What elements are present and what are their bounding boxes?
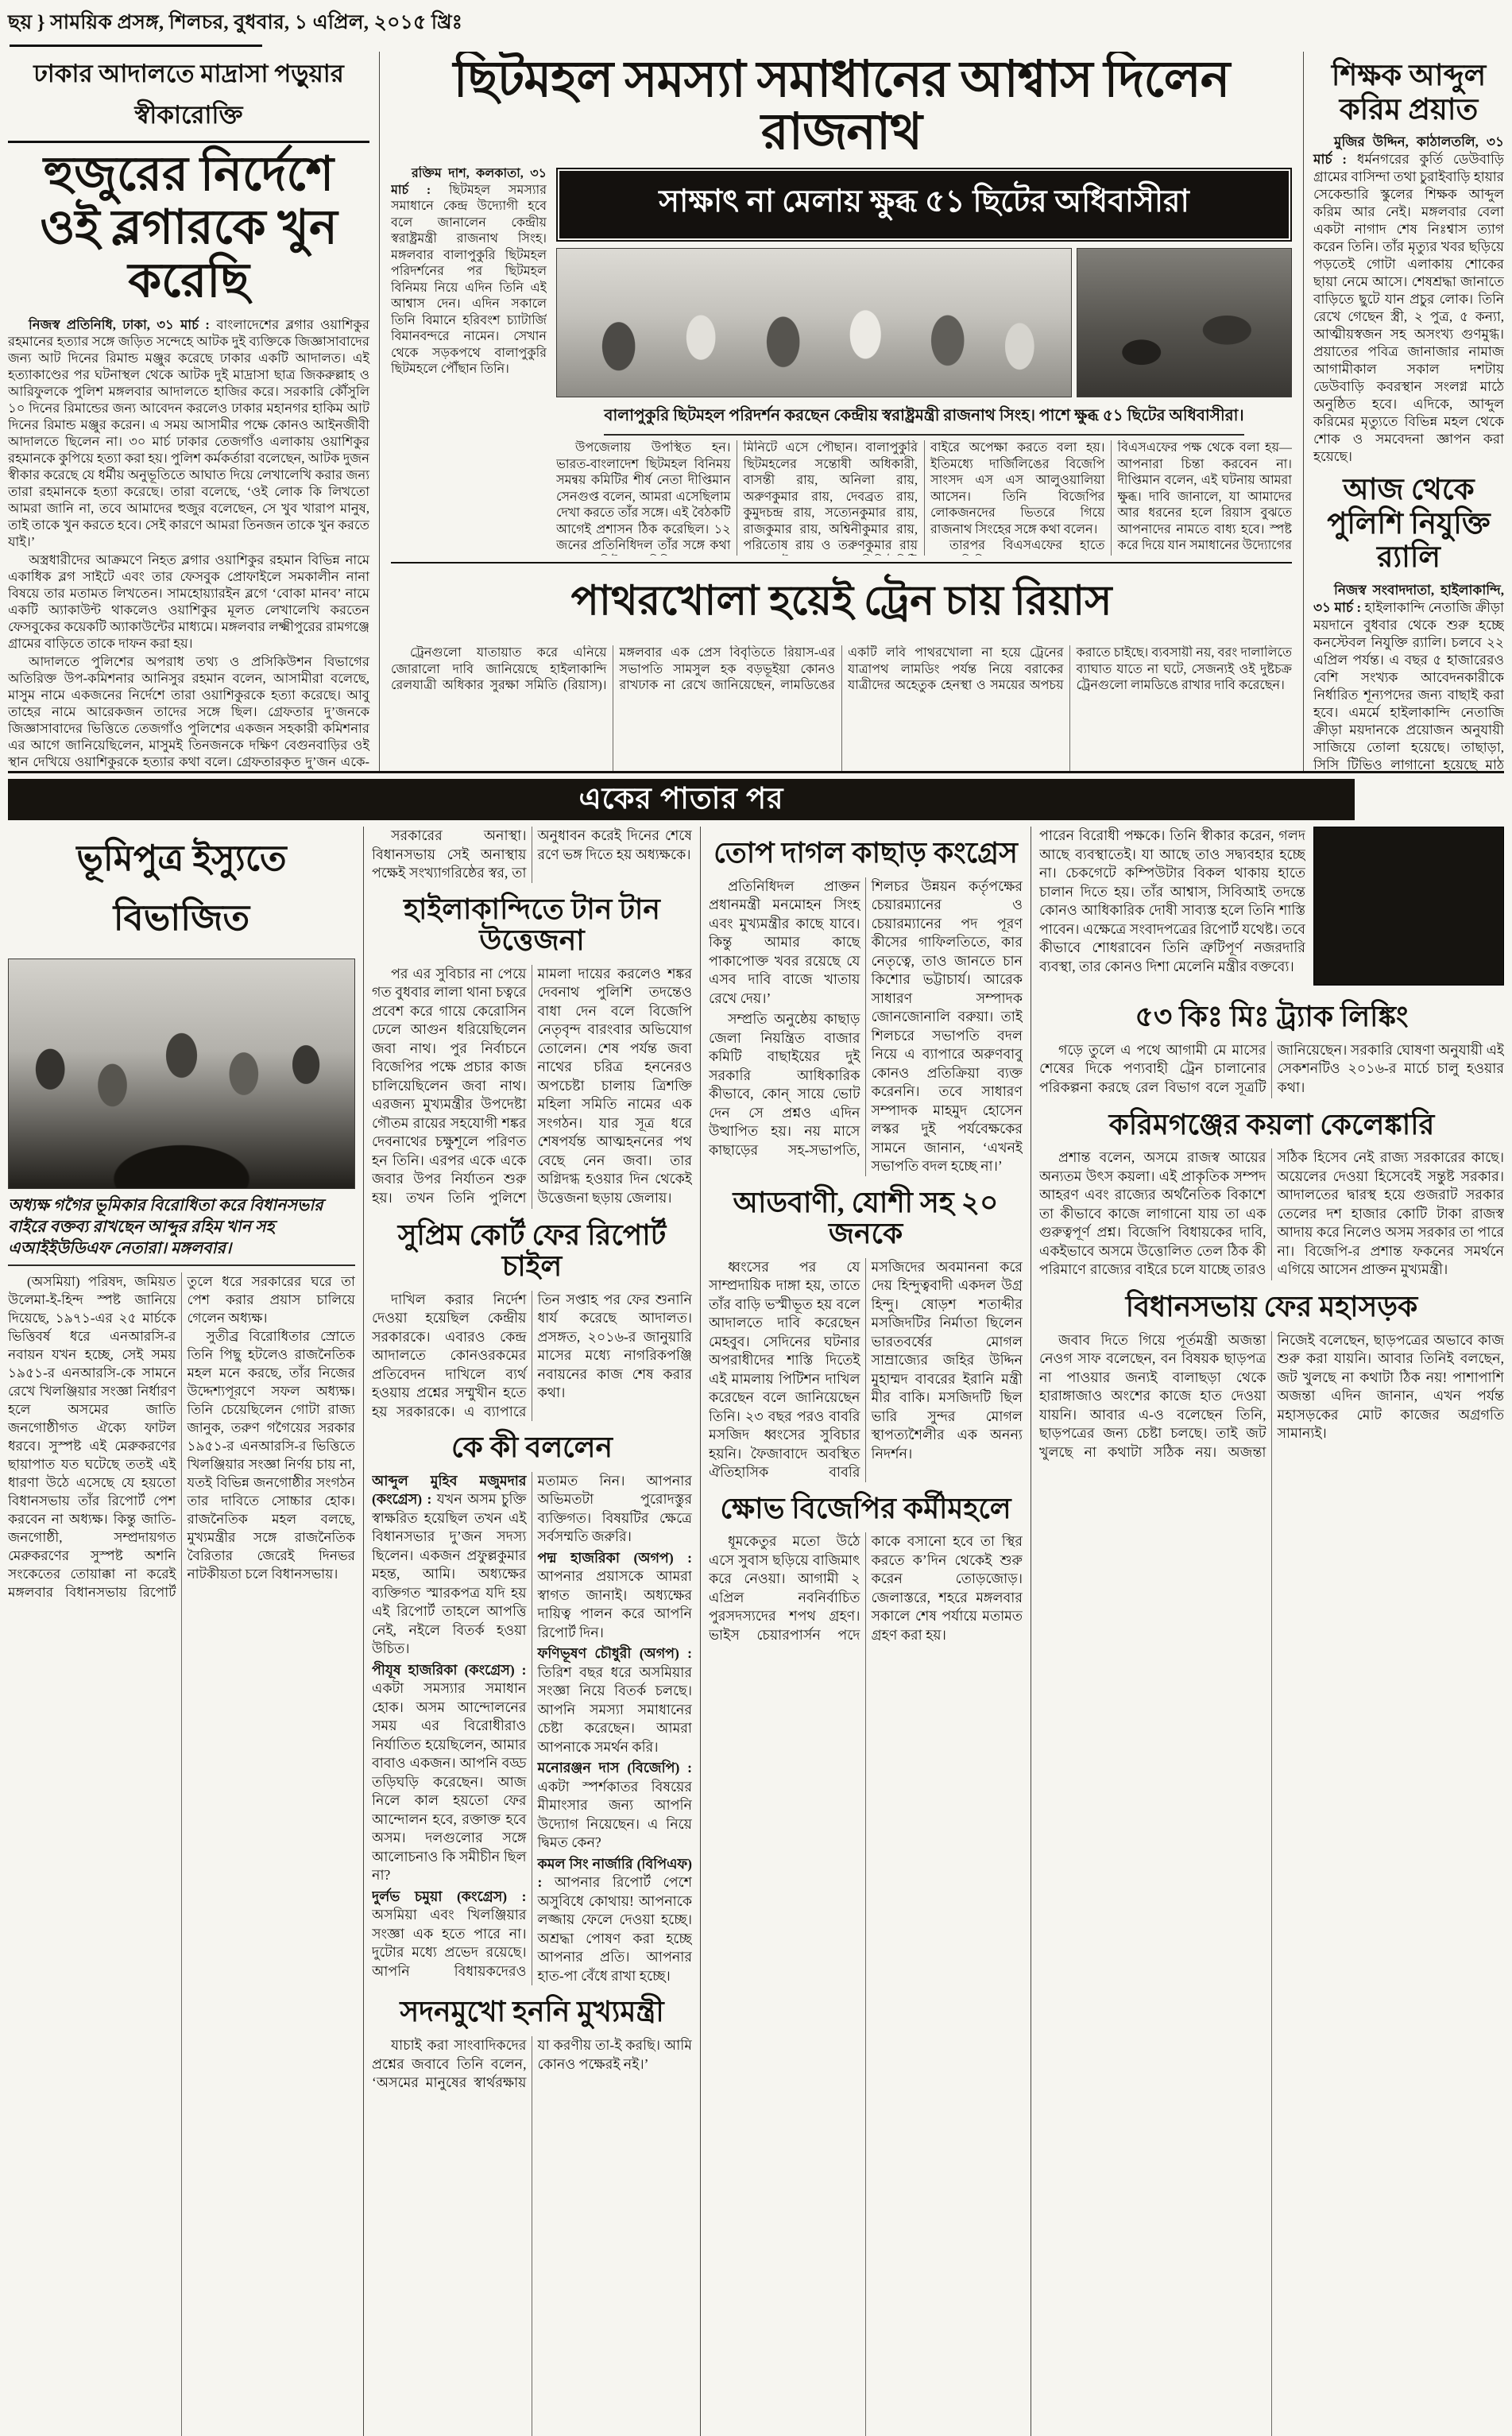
article-kicker: ঢাকার আদালতে মাদ্রাসা পড়ুয়ার স্বীকারোক… (8, 55, 369, 143)
continuation-flow: সরকারের অনাস্থা। বিধানসভায় সেই অনাস্থায… (372, 827, 692, 2436)
article-body: মুজির উদ্দিন, কাঠালতলি, ৩১ মার্চ : ধর্মন… (1313, 134, 1504, 466)
continuation-section: ভূমিপুত্র ইস্যুতে বিভাজিত অধ্যক্ষ গগৈর ভ… (8, 827, 1504, 2436)
newspaper-page: ছয় } সাময়িক প্রসঙ্গ, শিলচর, বুধবার, ১ … (0, 0, 1512, 2436)
body-paragraph: রক্তিম দাশ, কলকাতা, ৩১ মার্চ : ছিটমহল সম… (391, 166, 547, 378)
continuation-subhead: ক্ষোভ বিজেপির কর্মীমহলে (709, 1493, 1023, 1525)
section-banner: একের পাতার পর (8, 779, 1355, 820)
top-section: ঢাকার আদালতে মাদ্রাসা পড়ুয়ার স্বীকারোক… (8, 52, 1504, 773)
article-headline: পাথরখোলা হয়েই ট্রেন চায় রিয়াস (391, 568, 1292, 637)
news-photo-enclave (1077, 248, 1292, 397)
article-blogger-murder: ঢাকার আদালতে মাদ্রাসা পড়ুয়ার স্বীকারোক… (8, 52, 380, 771)
speaker-quote: ফণিভূষণ চৌধুরী (অগপ) : তিরিশ বছর ধরে অসম… (538, 1644, 693, 1756)
speaker-name: কমল সিং নার্জারি (বিপিএফ) : (538, 1856, 693, 1891)
body-paragraph: ধ্বংসের পর যে সাম্প্রদায়িক দাঙ্গা হয়, … (709, 1258, 1023, 1482)
byline: নিজস্ব সংবাদদাতা, হাইলাকান্দি, ৩১ মার্চ … (1313, 583, 1504, 615)
article-headline: হুজুরের নির্দেশে ওই ব্লগারকে খুন করেছি (8, 148, 369, 308)
byline: মুজির উদ্দিন, কাঠালতলি, ৩১ মার্চ : (1313, 134, 1504, 167)
speaker-name: মনোরঞ্জন দাস (বিজেপি) : (538, 1760, 693, 1776)
body-paragraph: দাখিল করার নির্দেশ দেওয়া হয়েছিল কেন্দ্… (372, 1291, 692, 1422)
body-paragraph: অস্ত্রধারীদের আক্রমণে নিহত ব্লগার ওয়াশি… (8, 552, 369, 652)
article-chitmahal: ছিটমহল সমস্যা সমাধানের আশ্বাস দিলেন রাজন… (380, 52, 1304, 771)
body-paragraph: জবাব দিতে গিয়ে পূর্তমন্ত্রী অজন্তা নেওগ… (1039, 1331, 1504, 1462)
speaker-name: দুর্লভ চমুয়া (কংগ্রেস) : (372, 1888, 527, 1904)
speaker-name: পদ্ম হাজরিকা (অগপ) : (538, 1550, 693, 1566)
continuation-subhead: আডবাণী, যোশী সহ ২০ জনকে (709, 1187, 1023, 1250)
continuation-flow: তোপ দাগল কাছাড় কংগ্রেসপ্রতিনিধিদল প্রাক… (709, 827, 1023, 2436)
article-headline: ভূমিপুত্র ইস্যুতে বিভাজিত (8, 831, 355, 951)
continuation-subhead: কে কী বললেন (372, 1432, 692, 1464)
body-paragraph: প্রতিনিধিদল প্রাক্তন প্রধানমন্ত্রী মনমোহ… (709, 877, 860, 1009)
article-body: (অসমিয়া) পরিষদ, জমিয়ত উলেমা-ই-হিন্দ স্… (8, 1272, 355, 2436)
continuation-columns-b: সরকারের অনাস্থা। বিধানসভায় সেই অনাস্থায… (364, 827, 701, 2436)
byline: নিজস্ব প্রতিনিধি, ঢাকা, ৩১ মার্চ : (29, 317, 216, 332)
continuation-subhead: হাইলাকান্দিতে টান টান উত্তেজনা (372, 894, 692, 957)
article-bhumiputra: ভূমিপুত্র ইস্যুতে বিভাজিত অধ্যক্ষ গগৈর ভ… (8, 827, 364, 2436)
article-lead: রক্তিম দাশ, কলকাতা, ৩১ মার্চ : ছিটমহল সম… (391, 166, 547, 556)
article-body: নিজস্ব প্রতিনিধি, ঢাকা, ৩১ মার্চ : বাংলা… (8, 316, 369, 771)
photo-row (556, 248, 1292, 397)
continuation-columns-c: তোপ দাগল কাছাড় কংগ্রেসপ্রতিনিধিদল প্রাক… (701, 827, 1031, 2436)
speaker-quote: আব্দুল মুহিব মজুমদার (কংগ্রেস) : যখন অসম… (372, 1472, 527, 1659)
chitmahal-media: সাক্ষাৎ না মেলায় ক্ষুব্ধ ৫১ ছিটের অধিবা… (556, 166, 1292, 556)
article-body: নিজস্ব সংবাদদাতা, হাইলাকান্দি, ৩১ মার্চ … (1313, 582, 1504, 771)
body-paragraph: আদালতে পুলিশের অপরাধ তথ্য ও প্রসিকিউশন ব… (8, 653, 369, 771)
body-paragraph: প্রশান্ত বলেন, অসমে রাজস্ব আয়ের অন্যতম … (1039, 1148, 1504, 1280)
article-headline: ছিটমহল সমস্যা সমাধানের আশ্বাস দিলেন রাজন… (391, 53, 1292, 158)
photo-caption: অধ্যক্ষ গগৈর ভূমিকার বিরোধিতা করে বিধানস… (8, 1195, 355, 1266)
body-paragraph: পর এর সুবিচার না পেয়ে গত বুধবার লালা থা… (372, 965, 692, 1209)
masthead: ছয় } সাময়িক প্রসঙ্গ, শিলচর, বুধবার, ১ … (8, 6, 1504, 41)
speaker-quote: পদ্ম হাজরিকা (অগপ) : আপনার প্রয়াসকে আমর… (538, 1549, 693, 1643)
byline: রক্তিম দাশ, কলকাতা, ৩১ মার্চ : (391, 167, 547, 197)
speaker-quote: মনোরঞ্জন দাস (বিজেপি) : একটা স্পর্শকাতর … (538, 1759, 693, 1853)
right-rail: শিক্ষক আব্দুল করিম প্রয়াত মুজির উদ্দিন,… (1304, 52, 1504, 771)
article-headline: শিক্ষক আব্দুল করিম প্রয়াত (1313, 60, 1504, 127)
section-banner-row: একের পাতার পর (8, 779, 1504, 820)
speaker-quote: কমল সিং নার্জারি (বিপিএফ) : আপনার রিপোর্… (538, 1855, 693, 1986)
body-paragraph: মুজির উদ্দিন, কাঠালতলি, ৩১ মার্চ : ধর্মন… (1313, 134, 1504, 466)
body-paragraph: পারেন বিরোধী পক্ষকে। তিনি স্বীকার করেন, … (1039, 827, 1305, 986)
continuation-subhead: বিধানসভায় ফের মহাসড়ক (1039, 1292, 1504, 1323)
article-body: উপজেলায় উপস্থিত হন। ভারত-বাংলাদেশ ছিটমহ… (556, 440, 1292, 556)
body-paragraph: নিজস্ব প্রতিনিধি, ঢাকা, ৩১ মার্চ : বাংলা… (8, 316, 369, 550)
speaker-name: আব্দুল মুহিব মজুমদার (কংগ্রেস) : (372, 1473, 527, 1508)
article-train-rias: পাথরখোলা হয়েই ট্রেন চায় রিয়াস ট্রেনগু… (391, 562, 1292, 771)
continuation-subhead: করিমগঞ্জের কয়লা কেলেঙ্কারি (1039, 1110, 1504, 1141)
continuation-subhead: তোপ দাগল কাছাড় কংগ্রেস (709, 838, 1023, 869)
continuation-top-row: পারেন বিরোধী পক্ষকে। তিনি স্বীকার করেন, … (1039, 827, 1504, 986)
continuation-flow: ৫৩ কিঃ মিঃ ট্র্যাক লিঙ্কিংগড়ে তুলে এ পথ… (1039, 990, 1504, 2436)
article-deck: সাক্ষাৎ না মেলায় ক্ষুব্ধ ৫১ ছিটের অধিবা… (556, 168, 1292, 242)
body-paragraph: সরকারের অনাস্থা। বিধানসভায় সেই অনাস্থায… (372, 827, 692, 883)
body-paragraph: যাচাই করা সাংবাদিকদের প্রশ্নের জবাবে তিন… (372, 2036, 692, 2093)
body-paragraph: ধূমকেতুর মতো উঠে এসে সুবাস ছড়িয়ে বাজিম… (709, 1532, 1023, 1646)
chitmahal-upper: রক্তিম দাশ, কলকাতা, ৩১ মার্চ : ছিটমহল সম… (391, 166, 1292, 556)
news-photo-aiudf-leaders (8, 959, 355, 1189)
ad-box (1313, 827, 1504, 986)
continuation-columns-d: পারেন বিরোধী পক্ষকে। তিনি স্বীকার করেন, … (1031, 827, 1504, 2436)
speaker-quote: পীযূষ হাজরিকা (কংগ্রেস) : একটা সমস্যার স… (372, 1661, 527, 1885)
article-police-rally: আজ থেকে পুলিশি নিযুক্তি র‍্যালি নিজস্ব স… (1313, 474, 1504, 771)
article-headline: আজ থেকে পুলিশি নিযুক্তি র‍্যালি (1313, 474, 1504, 575)
body-paragraph: ট্রেনগুলো যাতায়াত করে এনিয়ে জোরালো দাব… (391, 645, 1292, 695)
continuation-subhead: সুপ্রিম কোর্ট ফের রিপোর্ট চাইল (372, 1220, 692, 1283)
speaker-name: ফণিভূষণ চৌধুরী (অগপ) : (538, 1645, 693, 1661)
speaker-name: পীযূষ হাজরিকা (কংগ্রেস) : (372, 1662, 527, 1678)
body-paragraph: সুতীব্র বিরোধিতার স্রোতে তিনি পিছু হটলেও… (188, 1327, 356, 1583)
article-body: ট্রেনগুলো যাতায়াত করে এনিয়ে জোরালো দাব… (391, 645, 1292, 771)
photo-caption: বালাপুকুরি ছিটমহল পরিদর্শন করছেন কেন্দ্র… (604, 404, 1243, 436)
body-paragraph: গড়ে তুলে এ পথে আগামী মে মাসের শেষের দিক… (1039, 1041, 1504, 1098)
continuation-subhead: সদনমুখো হননি মুখ্যমন্ত্রী (372, 1996, 692, 2028)
body-paragraph: নিজস্ব সংবাদদাতা, হাইলাকান্দি, ৩১ মার্চ … (1313, 582, 1504, 771)
masthead-rule (10, 45, 262, 47)
continuation-subhead: ৫৩ কিঃ মিঃ ট্র্যাক লিঙ্কিং (1039, 1001, 1504, 1033)
news-photo-rajnath-visit (556, 248, 1072, 397)
article-obituary: শিক্ষক আব্দুল করিম প্রয়াত মুজির উদ্দিন,… (1313, 60, 1504, 466)
